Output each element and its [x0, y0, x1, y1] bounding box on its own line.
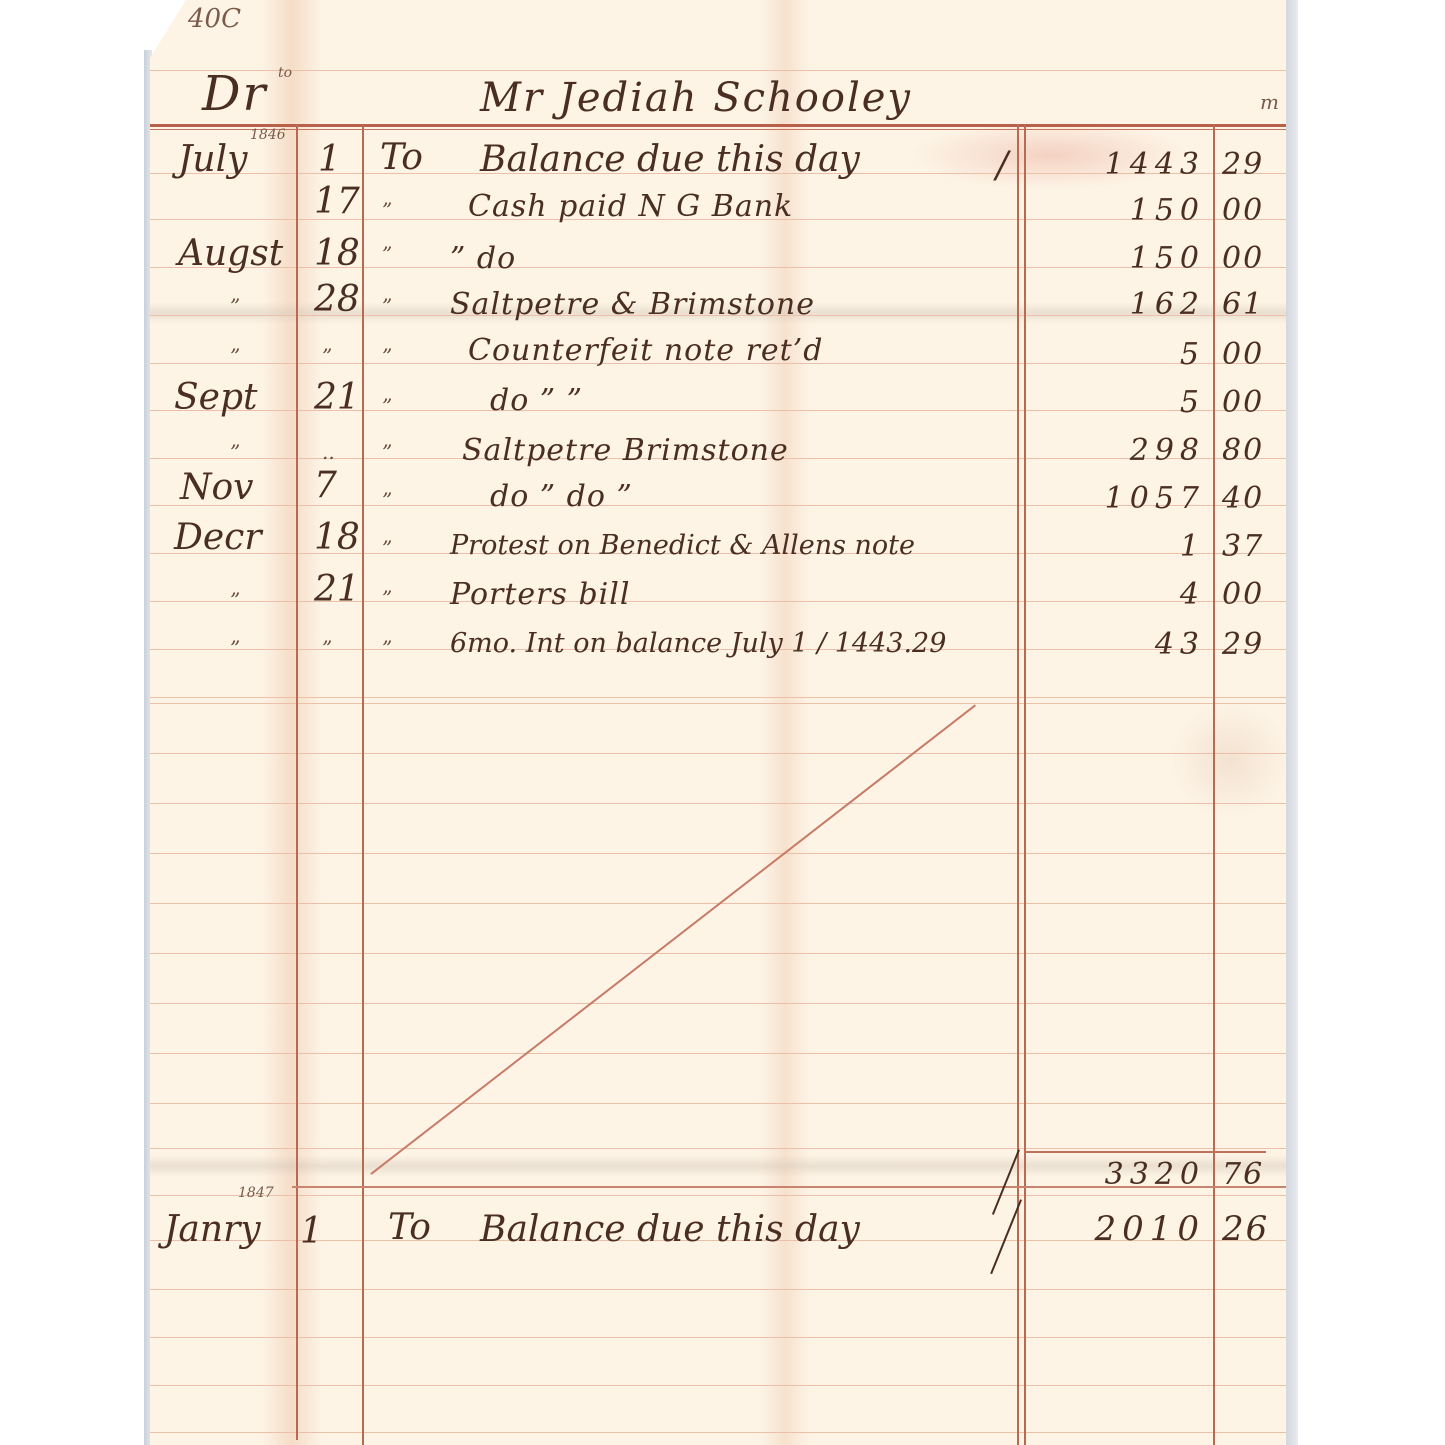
- ledger-sheet: 40C Dr to Mr Jediah Schooley m 1846 July…: [150, 0, 1286, 1445]
- entry-day: 18: [314, 520, 360, 556]
- entry-month: ”: [230, 346, 240, 366]
- amount-column-rule-left: [1017, 124, 1019, 1445]
- closing-description: Balance due this day: [480, 1212, 860, 1248]
- closing-year: 1847: [238, 1186, 274, 1200]
- entry-prefix: ”: [382, 442, 392, 462]
- entry-cents: 00: [1222, 340, 1264, 370]
- entry-prefix: ”: [382, 638, 392, 658]
- entry-description: Saltpetre Brimstone: [462, 436, 789, 466]
- entry-month: ”: [230, 638, 240, 658]
- entry-day: 17: [314, 184, 360, 220]
- closing-dollars: 2010: [1030, 1212, 1205, 1246]
- entry-prefix: To: [380, 140, 423, 176]
- closing-day: 1: [300, 1214, 323, 1250]
- opening-year: 1846: [250, 128, 286, 142]
- entry-cents: 37: [1222, 532, 1264, 562]
- entry-month: July: [178, 142, 247, 178]
- entry-cents: 40: [1222, 484, 1264, 514]
- entry-prefix: ”: [382, 396, 392, 416]
- entry-description: Porters bill: [450, 580, 630, 610]
- entry-description: do ” do ”: [490, 482, 633, 512]
- entry-day: 7: [314, 468, 337, 504]
- entry-cents: 80: [1222, 436, 1264, 466]
- page-shadow-right: [1285, 0, 1298, 1445]
- account-holder-title: Mr Jediah Schooley: [480, 78, 912, 118]
- entry-dollars: 1443: [1030, 150, 1205, 180]
- entry-month: Sept: [174, 380, 257, 416]
- entry-month: ”: [230, 296, 240, 316]
- total-underline: [1024, 1151, 1266, 1153]
- entry-prefix: ”: [382, 200, 392, 220]
- entry-cents: 61: [1222, 290, 1264, 320]
- entry-description: Counterfeit note ret’d: [468, 336, 823, 366]
- entry-prefix: ”: [382, 244, 392, 264]
- entry-prefix: ”: [382, 588, 392, 608]
- date-description-divider: [362, 124, 364, 1445]
- entry-month: Augst: [178, 236, 283, 272]
- corner-note: 40C: [188, 6, 241, 32]
- entry-description: Protest on Benedict & Allens note: [450, 532, 915, 559]
- entry-dollars: 4: [1030, 580, 1205, 610]
- dollars-cents-divider: [1213, 124, 1215, 1445]
- entry-day: 21: [314, 380, 360, 416]
- entry-description: 6mo. Int on balance July 1 / 1443.29: [450, 630, 946, 657]
- entry-description: Balance due this day: [480, 142, 860, 178]
- entry-dollars: 43: [1030, 630, 1205, 660]
- entry-prefix: ”: [382, 490, 392, 510]
- folio-mark: /: [996, 148, 1008, 184]
- entry-description: do ” ”: [490, 386, 583, 416]
- total-dollars: 3320: [1030, 1160, 1205, 1190]
- entry-cents: 00: [1222, 580, 1264, 610]
- entry-cents: 00: [1222, 388, 1264, 418]
- entry-day: 1: [318, 142, 341, 178]
- entry-day: ”: [322, 638, 332, 658]
- entry-day: 18: [314, 236, 360, 272]
- closing-prefix: To: [388, 1210, 431, 1246]
- dr-suffix: to: [278, 66, 292, 80]
- entry-month: Decr: [174, 520, 262, 556]
- entry-description: Cash paid N G Bank: [468, 192, 793, 222]
- entry-cents: 00: [1222, 196, 1264, 226]
- entry-day: ..: [322, 442, 335, 462]
- entry-dollars: 150: [1030, 196, 1205, 226]
- entry-prefix: ”: [382, 538, 392, 558]
- entry-day: 28: [314, 282, 360, 318]
- entry-month: ”: [230, 590, 240, 610]
- entry-dollars: 298: [1030, 436, 1205, 466]
- entry-day: ”: [322, 346, 332, 366]
- entry-dollars: 5: [1030, 340, 1205, 370]
- dr-label: Dr: [202, 70, 267, 118]
- diagonal-cancel-line: [371, 705, 976, 1175]
- water-stain: [1170, 700, 1286, 820]
- entry-dollars: 150: [1030, 244, 1205, 274]
- total-cents: 76: [1222, 1160, 1264, 1190]
- entry-dollars: 1057: [1030, 484, 1205, 514]
- entry-cents: 00: [1222, 244, 1264, 274]
- entry-dollars: 1: [1030, 532, 1205, 562]
- entry-prefix: ”: [382, 346, 392, 366]
- header-double-rule: [150, 124, 1286, 130]
- entry-month: ”: [230, 442, 240, 462]
- month-day-divider: [296, 124, 298, 1440]
- entry-month: Nov: [180, 470, 254, 506]
- amount-column-rule-right: [1024, 124, 1026, 1445]
- entry-description: ” do: [450, 244, 516, 274]
- entry-dollars: 162: [1030, 290, 1205, 320]
- entry-dollars: 5: [1030, 388, 1205, 418]
- title-trailing-mark: m: [1260, 92, 1279, 112]
- entry-cents: 29: [1222, 150, 1264, 180]
- closing-month: Janry: [164, 1212, 261, 1248]
- entry-cents: 29: [1222, 630, 1264, 660]
- entry-description: Saltpetre & Brimstone: [450, 290, 815, 320]
- entry-day: 21: [314, 572, 360, 608]
- entry-prefix: ”: [382, 296, 392, 316]
- closing-cents: 26: [1222, 1212, 1269, 1246]
